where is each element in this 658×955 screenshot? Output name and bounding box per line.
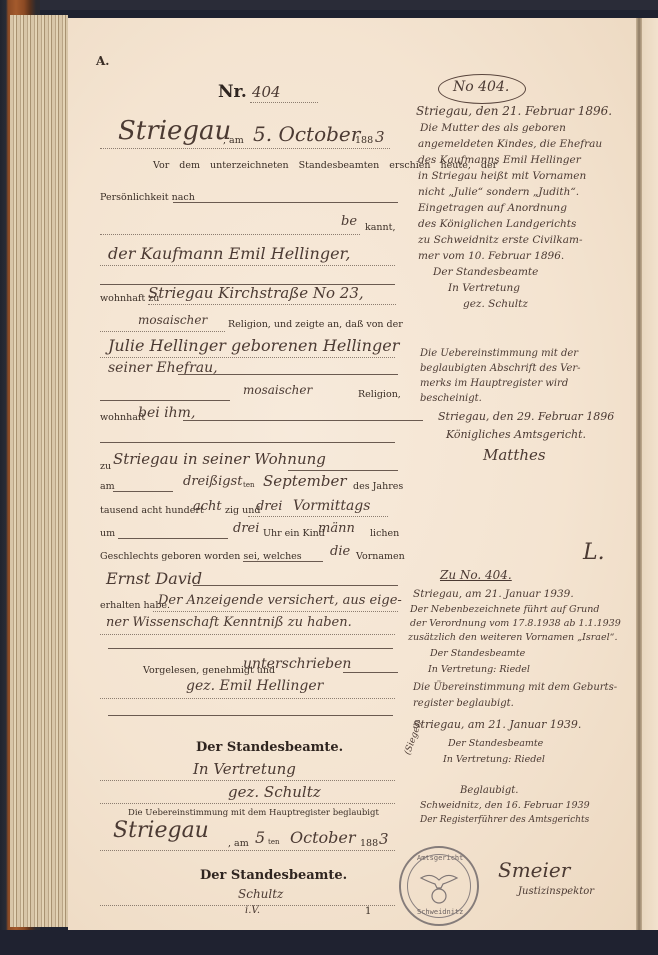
rule	[113, 491, 173, 492]
marginal-1939-cert-line-0: Beglaubigt.	[460, 785, 518, 796]
marginal-1939-cert-title: Justizinspektor	[518, 886, 594, 897]
rule	[100, 698, 395, 699]
hour-hand: drei	[233, 521, 259, 536]
remark-hand-2: ner Wissenschaft Kenntniß zu haben.	[106, 615, 352, 630]
marginal-1896-line-6: Eingetragen auf Anordnung	[418, 202, 567, 214]
cert-month: October	[290, 828, 356, 847]
rule	[343, 672, 398, 673]
marginal-cert-line-6: Matthes	[483, 446, 546, 464]
marginal-1939-line-7: register beglaubigt.	[413, 698, 514, 709]
known-print: kannt,	[365, 222, 396, 233]
official-stamp: Amtsgericht Schweidnitz	[399, 846, 479, 926]
address-hand: Striegau Kirchstraße No 23,	[148, 284, 364, 302]
marginal-1896-line-2: angemeldeten Kindes, die Ehefrau	[418, 138, 602, 150]
siegel-label: (Siegel)	[403, 720, 424, 757]
religion2-print: Religion,	[358, 389, 401, 400]
marginal-1939-line-3: zusätzlich den weiteren Vornamen „Israel…	[408, 632, 618, 643]
marginal-1939-heading: Zu No. 404.	[440, 568, 512, 582]
rule	[108, 715, 393, 716]
stamp-top-text: Amtsgericht	[417, 854, 463, 862]
rule	[100, 265, 395, 266]
rule	[108, 648, 393, 649]
mother-hand: Julie Hellinger geborenen Hellinger	[108, 336, 399, 355]
marginal-1896-line-11: In Vertretung	[448, 282, 520, 294]
religion1-hand: mosaischer	[138, 313, 207, 327]
rule	[100, 803, 395, 804]
register-letter: A.	[96, 54, 110, 68]
zu-label: zu	[100, 461, 111, 472]
rule	[100, 442, 395, 443]
marginal-1896-line-0: Striegau, den 21. Februar 1896.	[416, 104, 612, 118]
rule	[248, 516, 388, 517]
rule	[148, 304, 396, 305]
rule	[100, 634, 395, 635]
rule	[100, 331, 225, 332]
entry-number: Nr. 404	[218, 82, 281, 102]
marginal-1939-line-9: Der Standesbeamte	[448, 738, 543, 749]
marginal-cert-line-0: Die Uebereinstimmung mit der	[420, 348, 578, 359]
cert-ten: ten	[268, 838, 279, 846]
marginal-1939-line-2: der Verordnung vom 17.8.1938 ab 1.1.1939	[410, 618, 621, 629]
rule	[193, 585, 398, 586]
religion2-hand: mosaischer	[243, 383, 312, 397]
marginal-1896-line-3: des Kaufmanns Emil Hellinger	[418, 154, 581, 166]
rule	[100, 780, 395, 781]
month-hand: September	[263, 472, 347, 490]
official-title-2: Der Standesbeamte.	[200, 868, 347, 883]
uhr-print: Uhr ein Kind	[263, 528, 325, 539]
day-hand: dreißigst	[183, 474, 242, 489]
marginal-1939-line-10: In Vertretung: Riedel	[443, 754, 545, 765]
marginal-1939-line-1: Der Nebenbezeichnete führt auf Grund	[410, 604, 599, 615]
place-hand: Striegau	[118, 116, 231, 146]
book-cover-bottom	[0, 930, 658, 955]
marginal-1939-line-6: Die Übereinstimmung mit dem Geburts-	[413, 682, 617, 693]
year-suffix: 3	[375, 128, 385, 146]
rule	[118, 538, 228, 539]
marginal-1939-line-8: Striegau, am 21. Januar 1939.	[413, 718, 581, 731]
page-number: 1	[365, 906, 371, 917]
marginal-1896-line-7: des Königlichen Landgerichts	[418, 218, 576, 230]
marginal-1939-initial: L.	[583, 540, 605, 565]
marginal-1896-line-12: gez. Schultz	[463, 298, 528, 310]
register-page: A. Nr. 404 Striegau , am 5. October 188 …	[68, 18, 636, 930]
marginal-1896-line-9: mer vom 10. Februar 1896.	[418, 250, 564, 262]
rule	[100, 234, 360, 235]
marginal-1896-line-5: nicht „Julie“ sondern „Judith“.	[418, 186, 579, 198]
remark-hand-1: Der Anzeigende versichert, aus eige-	[158, 593, 402, 608]
rule	[173, 202, 398, 203]
declarant-signature: gez. Emil Hellinger	[186, 678, 323, 694]
marginal-cert-line-4: Striegau, den 29. Februar 1896	[438, 410, 614, 423]
marginal-cert-line-5: Königliches Amtsgericht.	[446, 428, 586, 441]
um-label: um	[100, 528, 115, 539]
marginal-1939-line-5: In Vertretung: Riedel	[428, 664, 530, 675]
rule	[183, 420, 423, 421]
number-value: 404	[252, 83, 281, 101]
adjacent-page	[642, 18, 658, 930]
known-hand: be	[341, 214, 357, 229]
cert-am: , am	[228, 838, 249, 849]
uebereinstimmung-text: Die Uebereinstimmung mit dem Hauptregist…	[128, 808, 379, 818]
marginal-number: No 404.	[453, 79, 509, 95]
marginal-1939-line-4: Der Standesbeamte	[430, 648, 525, 659]
signed-hand: unterschrieben	[243, 656, 351, 672]
rule	[288, 470, 398, 471]
official-deputy: In Vertretung	[193, 760, 296, 778]
cert-day: 5	[255, 828, 265, 847]
official-signature: gez. Schultz	[228, 783, 321, 801]
am-label: , am	[223, 135, 244, 146]
thousand-print: tausend acht hundert	[100, 505, 204, 516]
marginal-1939-cert-signature: Smeier	[498, 858, 570, 882]
rule	[100, 400, 230, 401]
marginal-1896-line-4: in Striegau heißt mit Vornamen	[418, 170, 586, 182]
marginal-1896-line-8: zu Schweidnitz erste Civilkam-	[418, 234, 583, 246]
cert-place: Striegau	[113, 818, 209, 843]
official2-sub: i.V.	[245, 905, 260, 916]
date-hand: 5. October	[253, 122, 360, 146]
declarant-hand: der Kaufmann Emil Hellinger,	[108, 244, 351, 263]
marginal-cert-line-3: bescheinigt.	[420, 393, 482, 404]
vornamen-print: Vornamen	[356, 551, 405, 562]
official-title-1: Der Standesbeamte.	[196, 740, 343, 755]
number-label: Nr.	[218, 82, 247, 102]
official2-signature: Schultz	[238, 887, 283, 901]
eagle-icon	[419, 868, 459, 906]
year-unit-hand: drei	[256, 499, 282, 514]
rule	[243, 561, 323, 562]
book-cover-top	[0, 0, 658, 10]
sex-hand: männ	[318, 521, 355, 536]
marginal-1939-cert-line-1: Schweidnitz, den 16. Februar 1939	[420, 800, 590, 811]
die-hand: die	[330, 544, 350, 559]
religion1-print: Religion, und zeigte an, daß von der	[228, 319, 403, 330]
decade-hand: acht	[193, 499, 222, 514]
rule	[100, 148, 390, 149]
rule	[100, 357, 395, 358]
marginal-1896-line-10: Der Standesbeamte	[433, 266, 538, 278]
rule	[100, 850, 395, 851]
stamp-bottom-text: Schweidnitz	[417, 908, 463, 916]
marginal-1896-line-1: Die Mutter des als geboren	[420, 122, 566, 134]
names-hand: Ernst David	[106, 569, 202, 588]
year-print: des Jahres	[353, 481, 403, 492]
rule	[250, 102, 318, 103]
ten-label: ten	[243, 481, 254, 489]
cert-year-prefix: 188	[360, 838, 378, 849]
marginal-cert-line-2: merks im Hauptregister wird	[420, 378, 568, 389]
cert-year-suffix: 3	[379, 830, 389, 848]
page-edges	[10, 15, 68, 927]
wohnhaft2-hand: bei ihm,	[138, 405, 195, 421]
time-hand: Vormittags	[293, 498, 370, 514]
birthplace-hand: Striegau in seiner Wohnung	[113, 450, 326, 468]
lichen-print: lichen	[370, 528, 399, 539]
marginal-1939-line-0: Striegau, am 21. Januar 1939.	[413, 588, 574, 600]
marginal-cert-line-1: beglaubigten Abschrift des Ver-	[420, 363, 581, 374]
rule	[178, 374, 398, 375]
year-prefix: 188	[355, 135, 373, 146]
marginal-1939-cert-line-2: Der Registerführer des Amtsgerichts	[420, 815, 589, 825]
rule	[153, 611, 398, 612]
